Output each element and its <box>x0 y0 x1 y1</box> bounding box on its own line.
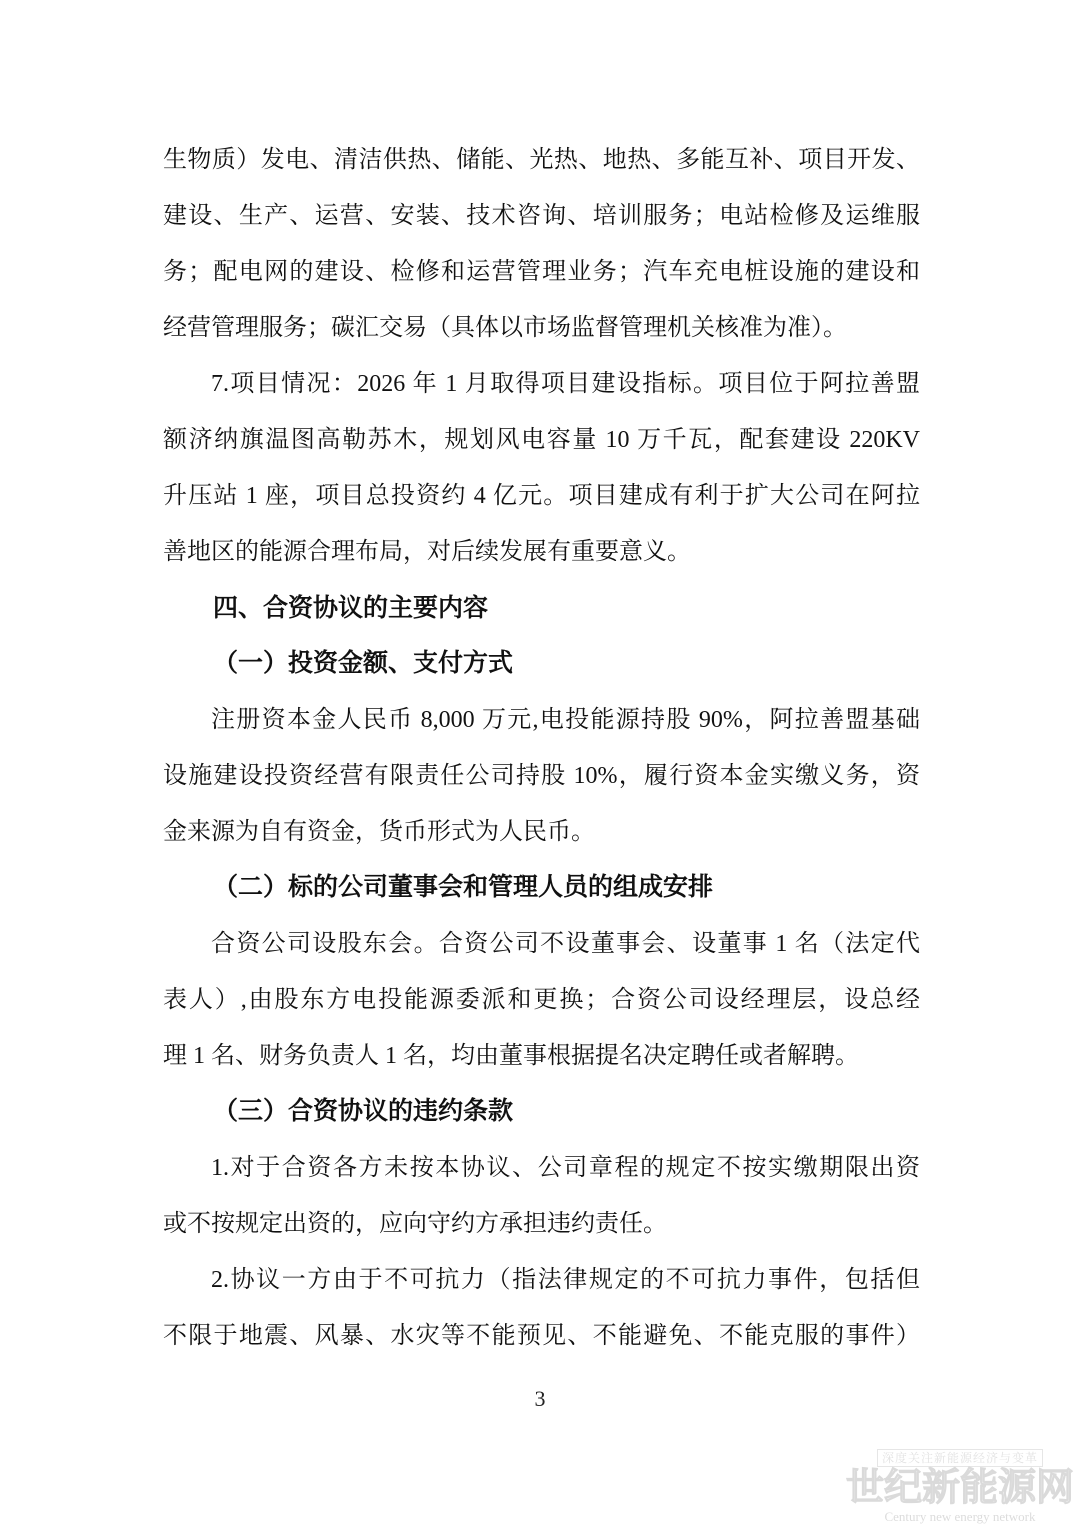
section-heading: 四、合资协议的主要内容 <box>163 580 920 636</box>
text-line: 务；配电网的建设、检修和运营管理业务；汽车充电桩设施的建设和 <box>163 244 920 300</box>
text-line: 1.对于合资各方未按本协议、公司章程的规定不按实缴期限出资 <box>163 1140 920 1196</box>
text-line: 金来源为自有资金，货币形式为人民币。 <box>163 804 920 860</box>
text-line: 设施建设投资经营有限责任公司持股 10%，履行资本金实缴义务，资 <box>163 748 920 804</box>
text-line: 善地区的能源合理布局，对后续发展有重要意义。 <box>163 524 920 580</box>
watermark: 深度关注新能源经济与变革 世纪新能源网 Century new energy n… <box>843 1449 1077 1524</box>
text-line: 7.项目情况：2026 年 1 月取得项目建设指标。项目位于阿拉善盟 <box>163 356 920 412</box>
text-line: 表人）,由股东方电投能源委派和更换；合资公司设经理层，设总经 <box>163 972 920 1028</box>
text-line: 不限于地震、风暴、水灾等不能预见、不能避免、不能克服的事件） <box>163 1308 920 1364</box>
text-line: 注册资本金人民币 8,000 万元,电投能源持股 90%，阿拉善盟基础 <box>163 692 920 748</box>
subsection-heading: （三）合资协议的违约条款 <box>163 1084 920 1140</box>
subsection-heading: （一）投资金额、支付方式 <box>163 636 920 692</box>
watermark-subtitle: Century new energy network <box>884 1509 1035 1524</box>
document-page: 生物质）发电、清洁供热、储能、光热、地热、多能互补、项目开发、 建设、生产、运营… <box>0 0 1080 1527</box>
watermark-tagline: 深度关注新能源经济与变革 <box>877 1449 1043 1467</box>
page-number: 3 <box>0 1386 1080 1412</box>
text-line: 升压站 1 座，项目总投资约 4 亿元。项目建成有利于扩大公司在阿拉 <box>163 468 920 524</box>
text-line: 理 1 名、财务负责人 1 名，均由董事根据提名决定聘任或者解聘。 <box>163 1028 920 1084</box>
text-line: 建设、生产、运营、安装、技术咨询、培训服务；电站检修及运维服 <box>163 188 920 244</box>
text-line: 额济纳旗温图高勒苏木，规划风电容量 10 万千瓦，配套建设 220KV <box>163 412 920 468</box>
watermark-logo: 世纪新能源网 <box>846 1467 1074 1509</box>
document-body: 生物质）发电、清洁供热、储能、光热、地热、多能互补、项目开发、 建设、生产、运营… <box>163 132 920 1364</box>
text-line: 生物质）发电、清洁供热、储能、光热、地热、多能互补、项目开发、 <box>163 132 920 188</box>
text-line: 合资公司设股东会。合资公司不设董事会、设董事 1 名（法定代 <box>163 916 920 972</box>
text-line: 2.协议一方由于不可抗力（指法律规定的不可抗力事件，包括但 <box>163 1252 920 1308</box>
text-line: 或不按规定出资的，应向守约方承担违约责任。 <box>163 1196 920 1252</box>
subsection-heading: （二）标的公司董事会和管理人员的组成安排 <box>163 860 920 916</box>
text-line: 经营管理服务；碳汇交易（具体以市场监督管理机关核准为准）。 <box>163 300 920 356</box>
